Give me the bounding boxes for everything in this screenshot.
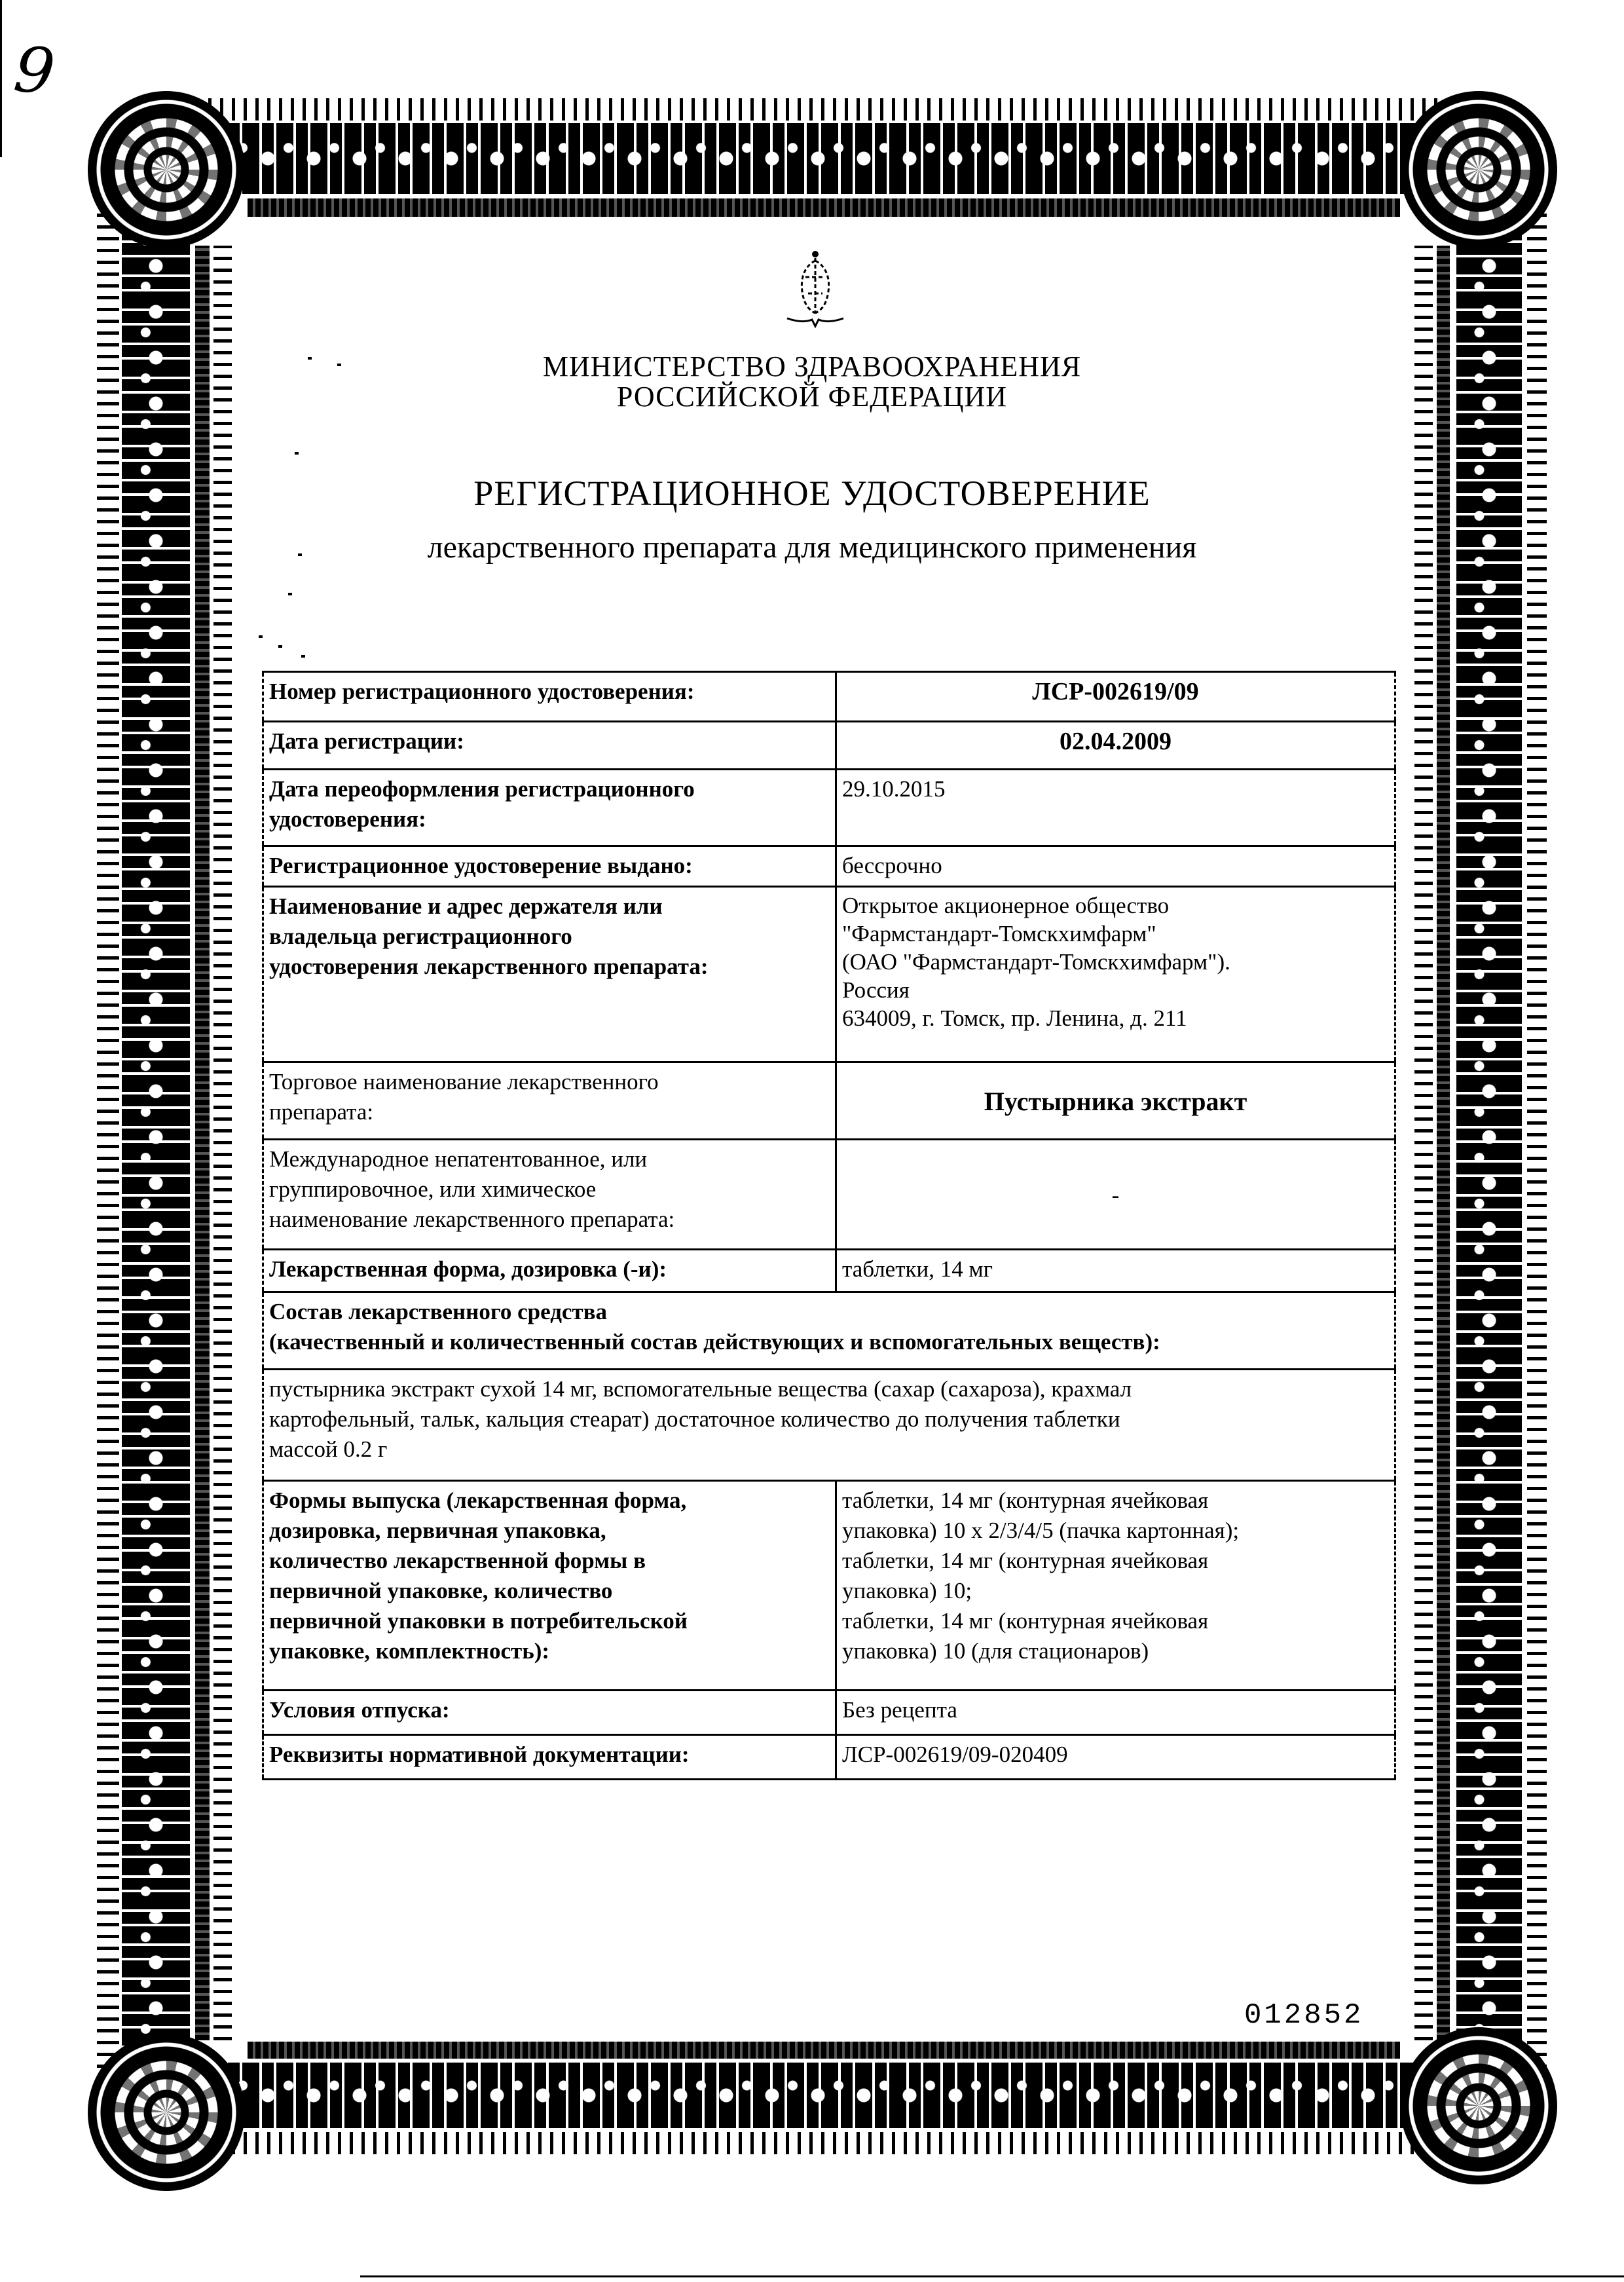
border-left-inner-ticks: [213, 246, 232, 2040]
scan-speck: [295, 452, 299, 455]
row-registration-number: Номер регистрационного удостоверения: ЛС…: [263, 672, 1395, 722]
ministry-name-line-1: МИНИСТЕРСТВО ЗДРАВООХРАНЕНИЯ: [0, 352, 1624, 381]
ministry-name-line-2: РОССИЙСКОЙ ФЕДЕРАЦИИ: [0, 383, 1624, 411]
label-validity: Регистрационное удостоверение выдано:: [263, 846, 836, 887]
scan-edge-line: [0, 0, 2, 157]
row-dosage-form: Лекарственная форма, дозировка (-и): таб…: [263, 1250, 1395, 1292]
label-dispensing: Условия отпуска:: [263, 1691, 836, 1735]
row-reissue-date: Дата переоформления регистрационного удо…: [263, 770, 1395, 846]
scan-speck: [259, 635, 263, 638]
row-composition-value: пустырника экстракт сухой 14 мг, вспомог…: [263, 1370, 1395, 1481]
label-holder: Наименование и адрес держателя или владе…: [263, 887, 836, 1062]
label-trade-name: Торговое наименование лекарственного пре…: [263, 1062, 836, 1140]
composition-heading: Состав лекарственного средства (качестве…: [263, 1292, 1395, 1370]
scan-speck: [288, 593, 292, 595]
value-trade-name: Пустырника экстракт: [836, 1062, 1395, 1140]
border-bottom-ticks: [208, 2132, 1439, 2154]
label-dosage-form: Лекарственная форма, дозировка (-и):: [263, 1250, 836, 1292]
composition-value: пустырника экстракт сухой 14 мг, вспомог…: [263, 1370, 1395, 1481]
border-bottom-inner-band: [248, 2042, 1400, 2059]
border-bottom-ornament: [208, 2063, 1439, 2128]
label-reissue-date: Дата переоформления регистрационного удо…: [263, 770, 836, 846]
value-release-forms: таблетки, 14 мг (контурная ячейковая упа…: [836, 1481, 1395, 1691]
scan-speck: [301, 655, 305, 658]
corner-rosette-bottom-left: [88, 2034, 245, 2191]
document-subtitle: лекарственного препарата для медицинског…: [0, 529, 1624, 565]
label-release-forms: Формы выпуска (лекарственная форма, дози…: [263, 1481, 836, 1691]
value-inn: -: [836, 1140, 1395, 1250]
border-top-inner-band: [248, 198, 1400, 217]
value-dispensing: Без рецепта: [836, 1691, 1395, 1735]
handwritten-page-number: 9: [10, 32, 58, 109]
label-normative-doc: Реквизиты нормативной документации:: [263, 1735, 836, 1780]
value-holder: Открытое акционерное общество "Фармстанд…: [836, 887, 1395, 1062]
scan-speck: [298, 553, 302, 556]
scan-bottom-edge: [360, 2275, 1624, 2277]
border-left-inner-band: [195, 246, 210, 2040]
scan-speck: [308, 357, 312, 360]
value-reissue-date: 29.10.2015: [836, 770, 1395, 846]
value-normative-doc: ЛСР-002619/09-020409: [836, 1735, 1395, 1780]
row-composition-heading: Состав лекарственного средства (качестве…: [263, 1292, 1395, 1370]
border-top-ornament: [208, 123, 1439, 194]
corner-rosette-top-left: [88, 91, 245, 248]
border-right-inner-ticks: [1414, 246, 1433, 2040]
corner-rosette-top-right: [1400, 91, 1557, 248]
scan-speck: [278, 645, 282, 648]
border-right-inner-band: [1437, 246, 1450, 2040]
document-title: РЕГИСТРАЦИОННОЕ УДОСТОВЕРЕНИЕ: [0, 473, 1624, 514]
form-serial-number: 012852: [1244, 1999, 1363, 2032]
label-registration-date: Дата регистрации:: [263, 722, 836, 770]
row-release-forms: Формы выпуска (лекарственная форма, дози…: [263, 1481, 1395, 1691]
row-registration-date: Дата регистрации: 02.04.2009: [263, 722, 1395, 770]
row-validity: Регистрационное удостоверение выдано: бе…: [263, 846, 1395, 887]
row-inn: Международное непатентованное, или групп…: [263, 1140, 1395, 1250]
value-dosage-form: таблетки, 14 мг: [836, 1250, 1395, 1292]
certificate-details-table: Номер регистрационного удостоверения: ЛС…: [262, 671, 1396, 1780]
row-holder: Наименование и адрес держателя или владе…: [263, 887, 1395, 1062]
row-trade-name: Торговое наименование лекарственного пре…: [263, 1062, 1395, 1140]
label-registration-number: Номер регистрационного удостоверения:: [263, 672, 836, 722]
scan-speck: [337, 364, 341, 366]
corner-rosette-bottom-right: [1400, 2027, 1557, 2184]
row-dispensing: Условия отпуска: Без рецепта: [263, 1691, 1395, 1735]
border-top-ticks: [208, 98, 1439, 121]
row-normative-doc: Реквизиты нормативной документации: ЛСР-…: [263, 1735, 1395, 1780]
label-inn: Международное непатентованное, или групп…: [263, 1140, 836, 1250]
value-validity: бессрочно: [836, 846, 1395, 887]
coat-of-arms-emblem-icon: [779, 248, 851, 329]
value-registration-date: 02.04.2009: [836, 722, 1395, 770]
value-registration-number: ЛСР-002619/09: [836, 672, 1395, 722]
